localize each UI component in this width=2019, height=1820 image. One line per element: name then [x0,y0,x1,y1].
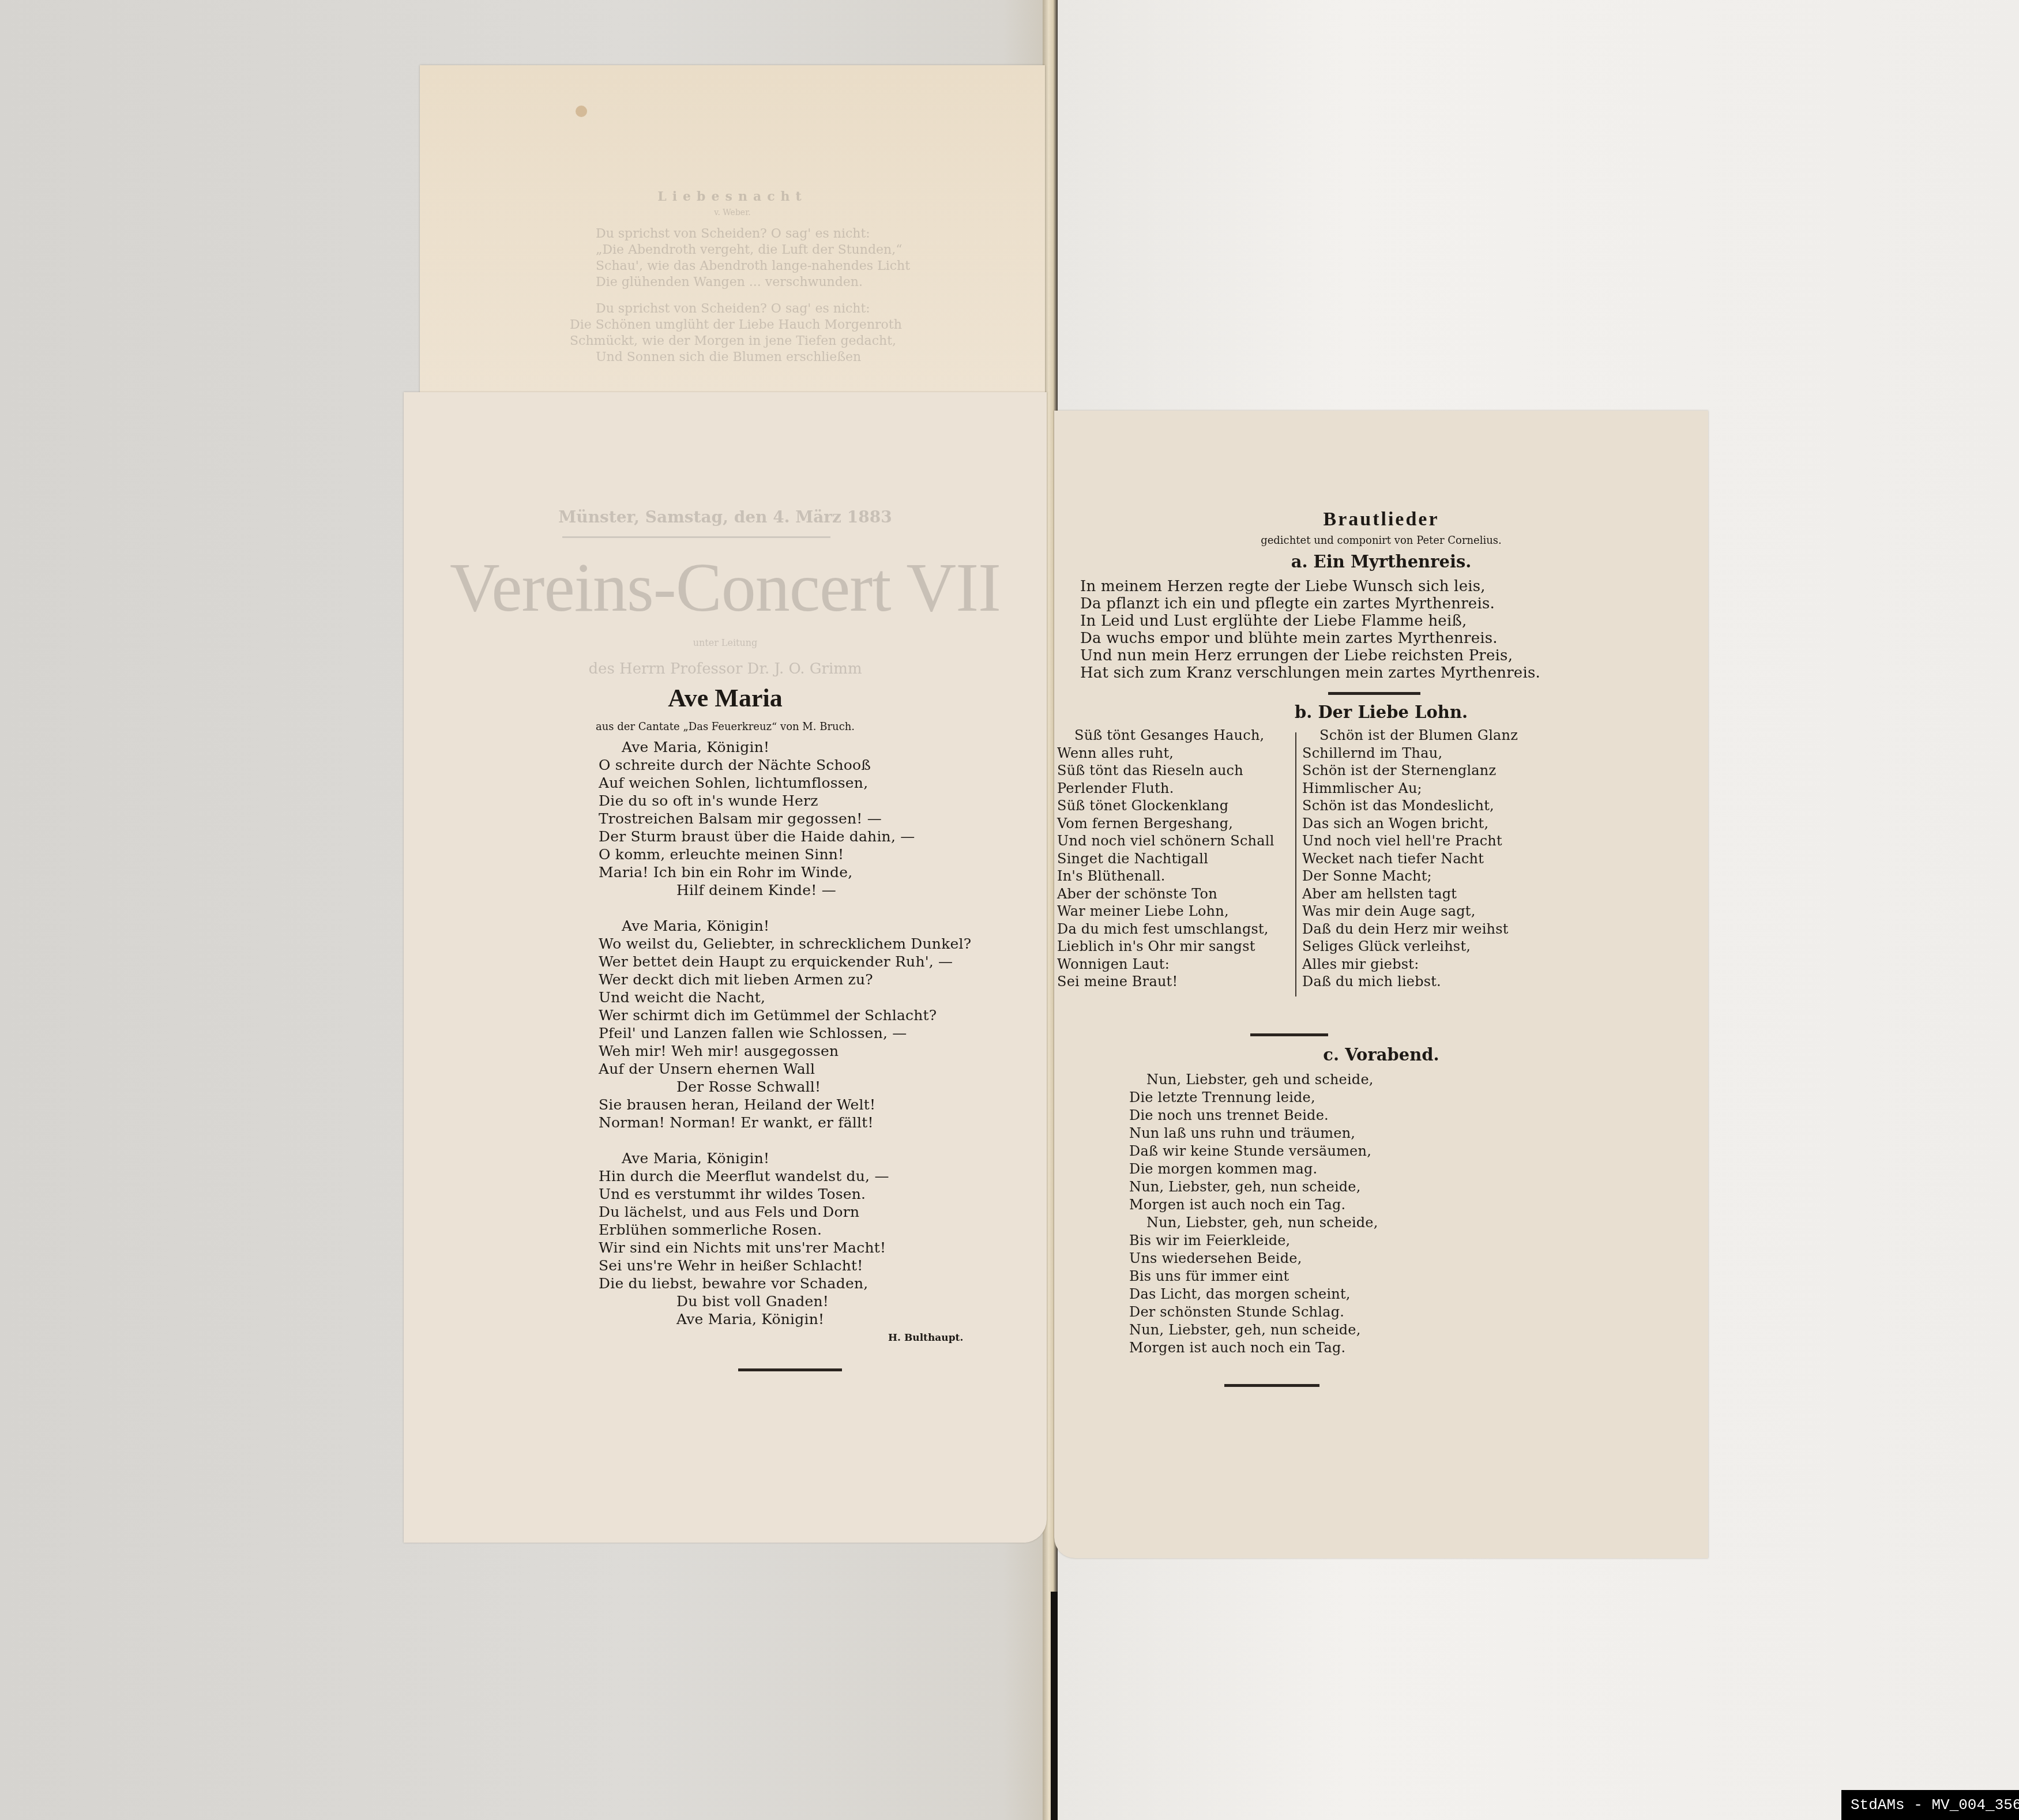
verse-line: Schön ist das Mondeslicht, [1302,797,1518,815]
verse-line: Singet die Nachtigall [1057,850,1274,868]
verse-line: Perlender Fluth. [1057,780,1274,798]
cycle-title: Brautlieder [1054,509,1708,531]
verse-line: Schön ist der Sternenglanz [1302,762,1518,780]
verse-line: In's Blüthenall. [1057,867,1274,885]
verse-line: Alles mir giebst: [1302,956,1518,973]
verse-line: Da wuchs empor und blühte mein zartes My… [1080,630,1540,647]
verse-line: Die letzte Trennung leide, [1129,1089,1378,1107]
verse-line: Der Sturm braust über die Haide dahin, — [599,828,971,845]
section-b-right-column: Schön ist der Blumen GlanzSchillernd im … [1302,727,1518,991]
verse-line: Das sich an Wogen bricht, [1302,815,1518,833]
verse-line: Wer deckt dich mit lieben Armen zu? [599,971,971,988]
verse-line: Maria! Ich bin ein Rohr im Winde, [599,863,971,881]
verse-line: Schön ist der Blumen Glanz [1302,727,1518,744]
verse-line: War meiner Liebe Lohn, [1057,903,1274,920]
verse-line: Und weicht die Nacht, [599,988,971,1006]
verse-line: Wer schirmt dich im Getümmel der Schlach… [599,1006,971,1024]
bleed-line: Und Sonnen sich die Blumen erschließen [596,350,861,364]
verse-line: Die du liebst, bewahre vor Schaden, [599,1274,971,1292]
bleed-line: Schmückt, wie der Morgen in jene Tiefen … [570,334,896,348]
bleed-byline: v. Weber. [420,208,1045,217]
verse-line: Auf weichen Sohlen, lichtumflossen, [599,774,971,792]
verse-line: Daß du dein Herz mir weihst [1302,920,1518,938]
verse-line: Hin durch die Meerflut wandelst du, — [599,1167,971,1185]
verse-line: Bis uns für immer eint [1129,1268,1378,1285]
verse-line: Uns wiedersehen Beide, [1129,1250,1378,1268]
verse-line: Ave Maria, Königin! [599,1149,971,1167]
verse-line: Wonnigen Laut: [1057,956,1274,973]
verse-line: Hat sich zum Kranz verschlungen mein zar… [1080,664,1540,682]
verse-line: Da du mich fest umschlangst, [1057,920,1274,938]
stanza-gap [599,1131,971,1149]
right-pasted-page: Brautlieder gedichtet und componirt von … [1054,411,1708,1558]
verse-line: Aber am hellsten tagt [1302,885,1518,903]
verse-line: Seliges Glück verleihst, [1302,938,1518,956]
verse-line: Und noch viel schönern Schall [1057,832,1274,850]
bleed-place-date: Münster, Samstag, den 4. März 1883 [404,507,1047,527]
verse-line: Lieblich in's Ohr mir sangst [1057,938,1274,956]
verse-line: O schreite durch der Nächte Schooß [599,756,971,774]
closing-rule [738,1368,842,1371]
foxing-stain [576,106,587,117]
section-c-body: Nun, Liebster, geh und scheide,Die letzt… [1129,1071,1378,1357]
verse-line: In meinem Herzen regte der Liebe Wunsch … [1080,578,1540,595]
verse-line: Daß wir keine Stunde versäumen, [1129,1142,1378,1160]
verse-line: Und noch viel hell're Pracht [1302,832,1518,850]
verse-line: Wer bettet dein Haupt zu erquickender Ru… [599,953,971,971]
verse-line: In Leid und Lust erglühte der Liebe Flam… [1080,612,1540,630]
poem-body: Ave Maria, Königin!O schreite durch der … [599,738,971,1328]
verse-line: Süß tönt das Rieseln auch [1057,762,1274,780]
verse-line: Nun, Liebster, geh, nun scheide, [1129,1321,1378,1339]
bleed-line: Schau', wie das Abendroth lange-nahendes… [596,259,910,273]
verse-line: Hilf deinem Kinde! — [599,881,971,899]
bleed-title: Liebesnacht [420,189,1045,204]
poem-author: H. Bulthaupt. [888,1332,963,1344]
bleed-concert-title: Vereins-Concert VII [404,548,1047,627]
verse-line: Sie brausen heran, Heiland der Welt! [599,1096,971,1114]
verse-line: Wir sind ein Nichts mit uns'rer Macht! [599,1239,971,1257]
verse-line: Schillernd im Thau, [1302,744,1518,762]
section-b-left-column: Süß tönt Gesanges Hauch,Wenn alles ruht,… [1057,727,1274,991]
section-rule [1250,1033,1328,1036]
verse-line: Was mir dein Auge sagt, [1302,903,1518,920]
verse-line: Himmlischer Au; [1302,780,1518,798]
archive-label: StdAMs - MV_004_356 [1841,1790,2019,1820]
verse-line: Auf der Unsern ehernen Wall [599,1060,971,1078]
verse-line: Das Licht, das morgen scheint, [1129,1285,1378,1303]
bleed-under-direction: unter Leitung [404,637,1047,648]
poem-subtitle: aus der Cantate „Das Feuerkreuz“ von M. … [404,721,1047,733]
cycle-subtitle: gedichtet und componirt von Peter Cornel… [1054,535,1708,547]
verse-line: Sei meine Braut! [1057,973,1274,991]
closing-rule [1224,1384,1319,1387]
verse-line: Wenn alles ruht, [1057,744,1274,762]
verse-line: Der Rosse Schwall! [599,1078,971,1096]
verse-line: Vom fernen Bergeshang, [1057,815,1274,833]
bleed-rule [562,536,830,538]
bleed-line: Die Schönen umglüht der Liebe Hauch Morg… [570,318,902,332]
verse-line: Wecket nach tiefer Nacht [1302,850,1518,868]
verse-line: Pfeil' und Lanzen fallen wie Schlossen, … [599,1024,971,1042]
verse-line: Da pflanzt ich ein und pflegte ein zarte… [1080,595,1540,612]
bleed-line: Die glühenden Wangen ... verschwunden. [596,275,863,289]
verse-line: Ave Maria, Königin! [599,1310,971,1328]
verse-line: Ave Maria, Königin! [599,917,971,935]
verse-line: Die morgen kommen mag. [1129,1160,1378,1178]
verse-line: Der Sonne Macht; [1302,867,1518,885]
left-pasted-page: Münster, Samstag, den 4. März 1883 Verei… [404,392,1047,1543]
verse-line: Die du so oft in's wunde Herz [599,792,971,810]
section-heading-c: c. Vorabend. [1054,1045,1708,1065]
bleed-director: des Herrn Professor Dr. J. O. Grimm [404,660,1047,678]
verse-line: O komm, erleuchte meinen Sinn! [599,845,971,863]
verse-line: Und nun mein Herz errungen der Liebe rei… [1080,647,1540,664]
verse-line: Morgen ist auch noch ein Tag. [1129,1339,1378,1357]
verse-line: Norman! Norman! Er wankt, er fällt! [599,1114,971,1131]
verse-line: Bis wir im Feierkleide, [1129,1232,1378,1250]
upper-pasted-page: Liebesnacht v. Weber. Du sprichst von Sc… [420,65,1045,400]
verse-line: Ave Maria, Königin! [599,738,971,756]
column-separator [1295,732,1296,997]
poem-title: Ave Maria [404,683,1047,713]
verse-line: Sei uns're Wehr in heißer Schlacht! [599,1257,971,1274]
verse-line: Süß tönet Glockenklang [1057,797,1274,815]
verse-line: Weh mir! Weh mir! ausgegossen [599,1042,971,1060]
verse-line: Aber der schönste Ton [1057,885,1274,903]
verse-line: Nun laß uns ruhn und träumen, [1129,1125,1378,1142]
verse-line: Du lächelst, und aus Fels und Dorn [599,1203,971,1221]
bleed-line: Du sprichst von Scheiden? O sag' es nich… [596,227,870,241]
section-heading-a: a. Ein Myrthenreis. [1054,552,1708,571]
verse-line: Und es verstummt ihr wildes Tosen. [599,1185,971,1203]
verse-line: Der schönsten Stunde Schlag. [1129,1303,1378,1321]
verse-line: Die noch uns trennet Beide. [1129,1107,1378,1125]
verse-line: Trostreichen Balsam mir gegossen! — [599,810,971,828]
stanza-gap [599,899,971,917]
verse-line: Wo weilst du, Geliebter, in schreckliche… [599,935,971,953]
bleed-line: Du sprichst von Scheiden? O sag' es nich… [596,302,870,316]
verse-line: Morgen ist auch noch ein Tag. [1129,1196,1378,1214]
verse-line: Süß tönt Gesanges Hauch, [1057,727,1274,744]
verse-line: Daß du mich liebst. [1302,973,1518,991]
bleed-line: „Die Abendroth vergeht, die Luft der Stu… [596,243,902,257]
section-a-body: In meinem Herzen regte der Liebe Wunsch … [1080,578,1540,682]
gutter-shadow [1051,1592,1058,1820]
verse-line: Nun, Liebster, geh und scheide, [1129,1071,1378,1089]
section-heading-b: b. Der Liebe Lohn. [1054,702,1708,722]
section-rule [1328,692,1420,695]
verse-line: Nun, Liebster, geh, nun scheide, [1129,1214,1378,1232]
verse-line: Erblühen sommerliche Rosen. [599,1221,971,1239]
verse-line: Nun, Liebster, geh, nun scheide, [1129,1178,1378,1196]
verse-line: Du bist voll Gnaden! [599,1292,971,1310]
